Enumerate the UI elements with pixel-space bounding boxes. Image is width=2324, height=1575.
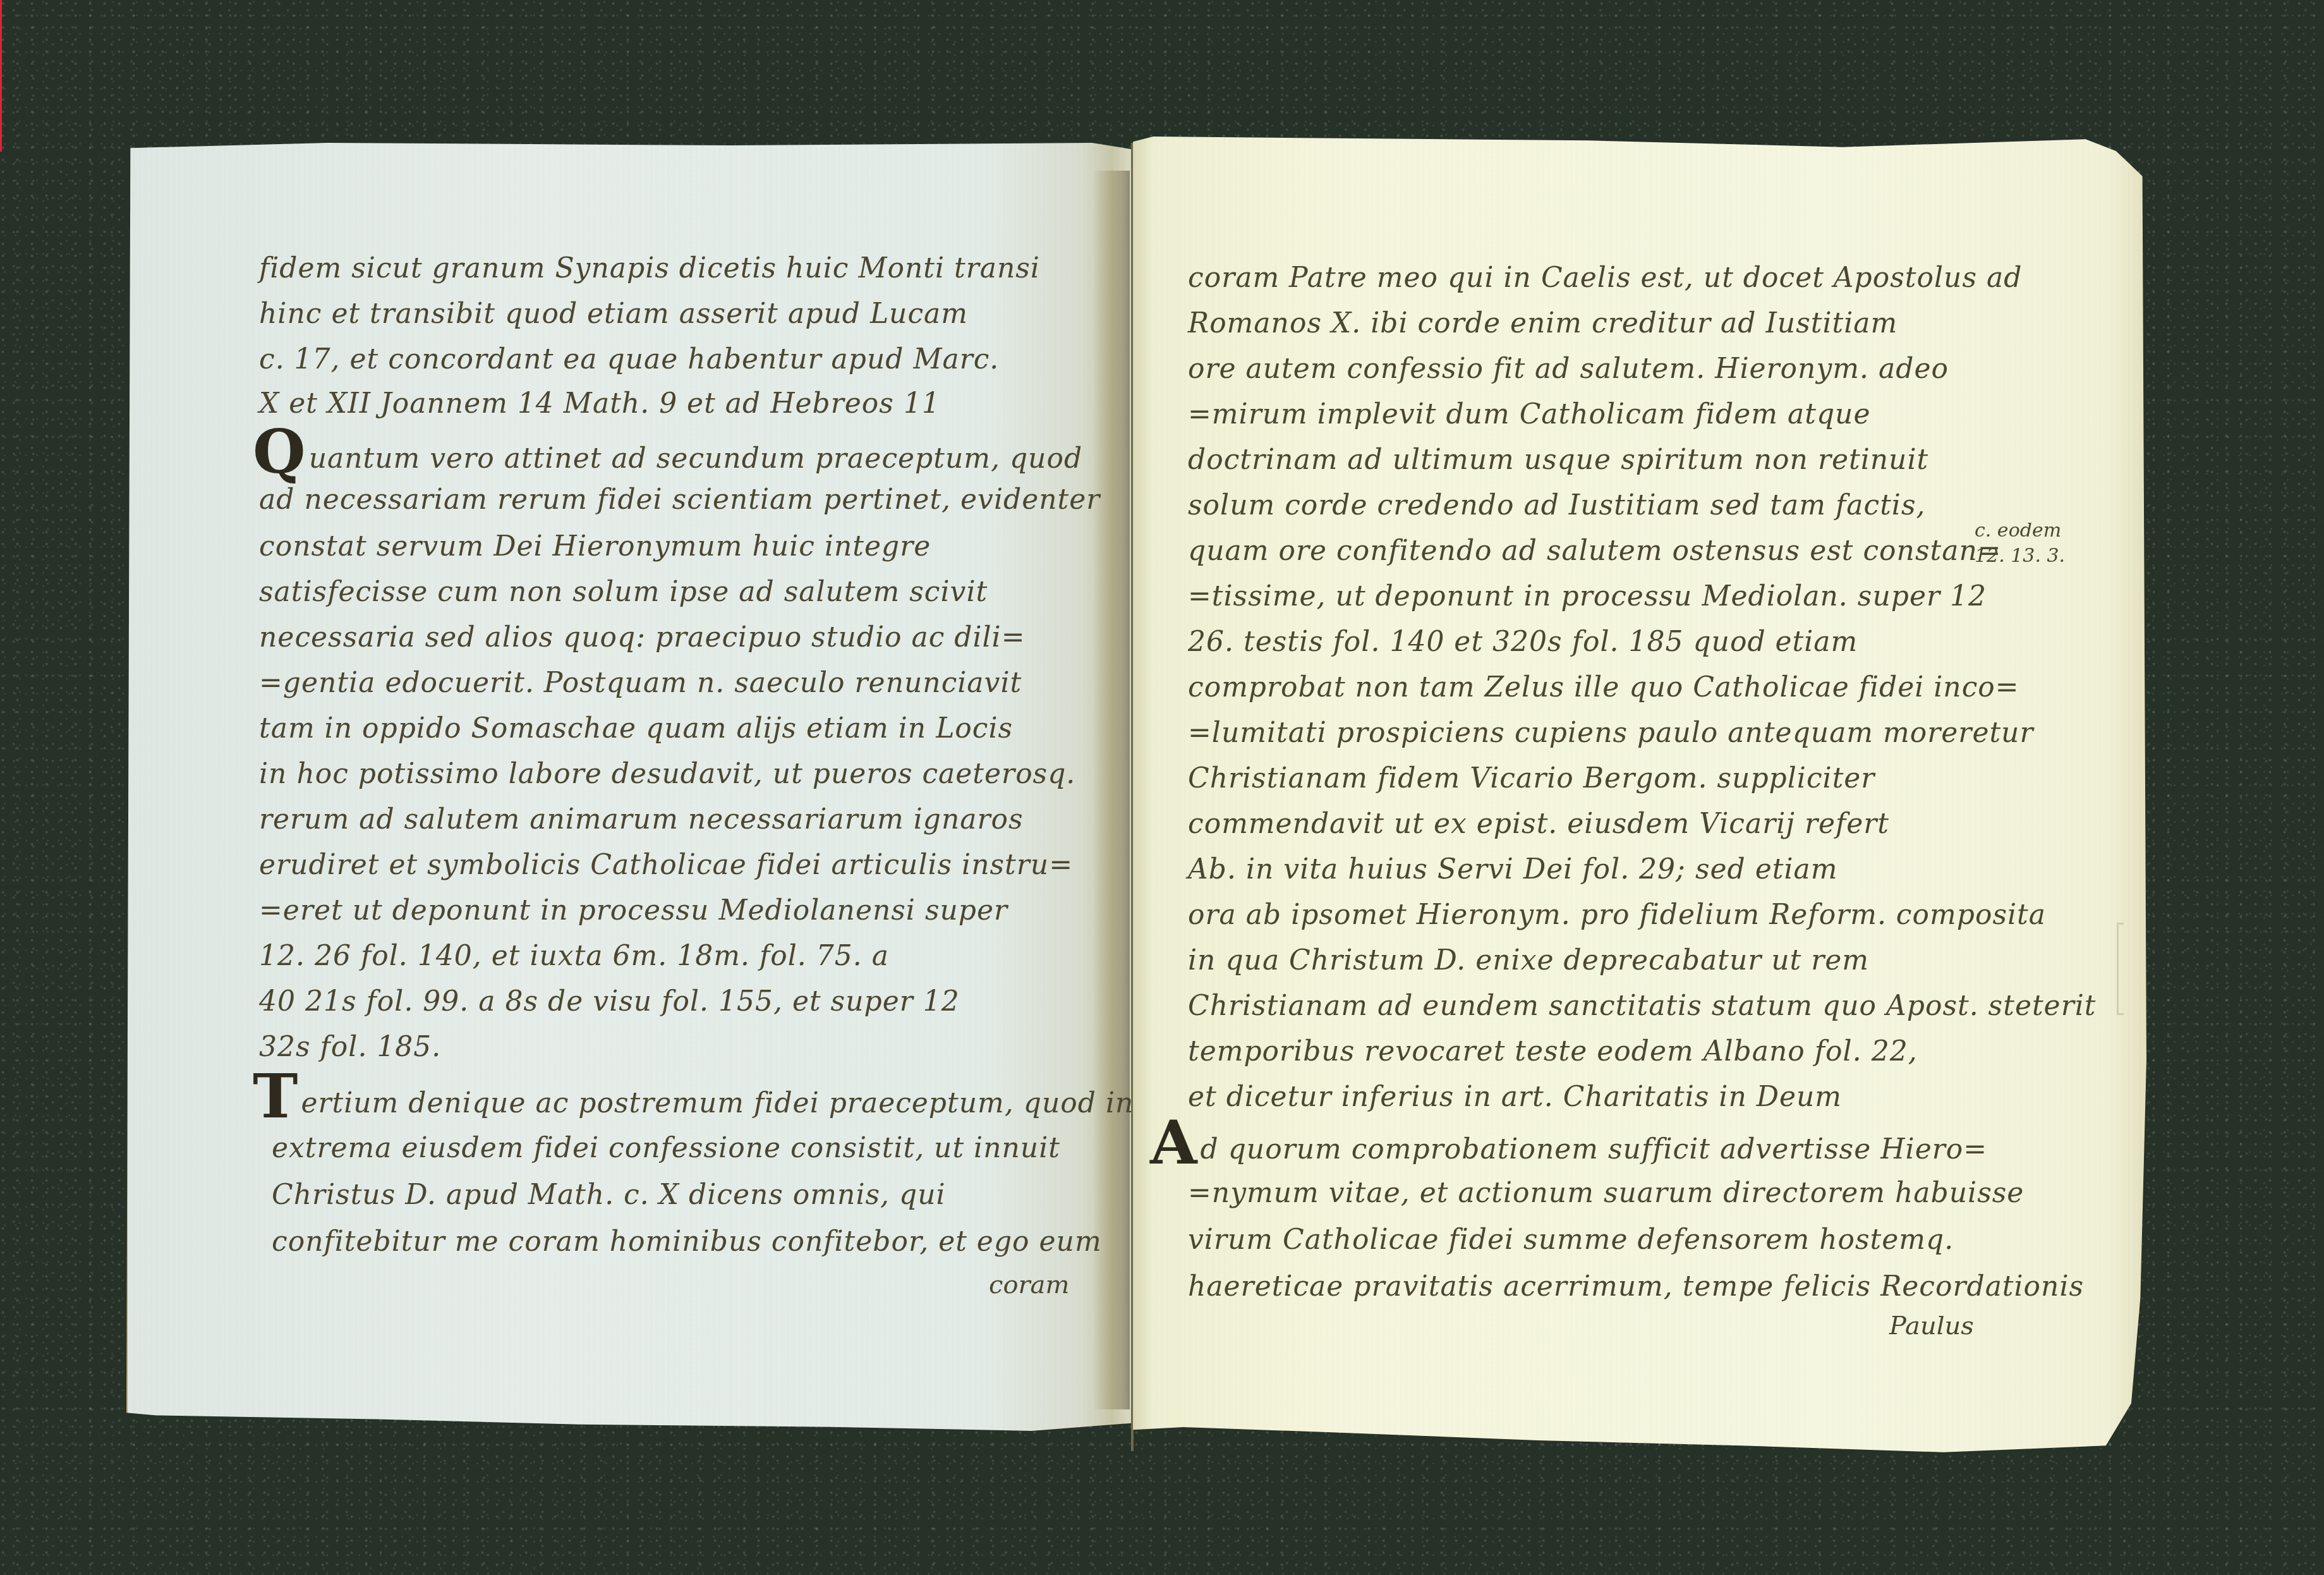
marginal-note: c. eodem 12. 13. 3. [1975, 518, 2065, 569]
left-line-4: X et XII Joannem 14 Math. 9 et ad Hebreo… [259, 385, 940, 423]
right-line-16: in qua Christum D. enixe deprecabatur ut… [1188, 942, 1869, 980]
left-line-6: ad necessariam rerum fidei scientiam per… [259, 481, 1100, 519]
left-paragraph-quantum: Quantum vero attinet ad secundum praecep… [253, 433, 1082, 471]
left-line-8: satisfecisse cum non solum ipse ad salut… [259, 573, 988, 611]
right-line-17: Christianam ad eundem sanctitatis statum… [1188, 987, 2096, 1025]
left-line-11: tam in oppido Somaschae quam alijs etiam… [259, 710, 1013, 748]
right-page-text: coram Patre meo qui in Caelis est, ut do… [1188, 259, 2073, 1346]
right-line-4: =mirum implevit dum Catholicam fidem atq… [1188, 396, 1871, 434]
right-line-6: solum corde credendo ad Iustitiam sed ta… [1188, 487, 1925, 525]
left-line-13: rerum ad salutem animarum necessariarum … [259, 801, 1024, 839]
right-line-15: ora ab ipsomet Hieronym. pro fidelium Re… [1188, 896, 2046, 934]
right-p2-line-3: virum Catholicae fidei summe defensorem … [1188, 1221, 1954, 1259]
left-line-12: in hoc potissimo labore desudavit, ut pu… [259, 755, 1075, 793]
drop-cap-a: A [1150, 1124, 1197, 1162]
ink-bleed-through-mark [2117, 923, 2124, 1015]
scan-edge-mark [0, 0, 2, 152]
right-line-11: =lumitati prospiciens cupiens paulo ante… [1188, 714, 2034, 752]
left-line-16: 12. 26 fol. 140, et iuxta 6m. 18m. fol. … [259, 937, 889, 975]
right-p2-line-4: haereticae pravitatis acerrimum, tempe f… [1188, 1268, 2084, 1306]
right-p2-line-2: =nymum vitae, et actionum suarum directo… [1188, 1174, 2024, 1212]
right-line-1: coram Patre meo qui in Caelis est, ut do… [1188, 259, 2022, 297]
right-line-14: Ab. in vita huius Servi Dei fol. 29; sed… [1188, 851, 1837, 889]
left-line-2: hinc et transibit quod etiam asserit apu… [259, 295, 968, 333]
left-p3-line-1: ertium denique ac postremum fidei praece… [301, 1087, 1134, 1119]
left-line-14: erudiret et symbolicis Catholicae fidei … [259, 846, 1073, 884]
left-line-3: c. 17, et concordant ea quae habentur ap… [259, 341, 999, 379]
drop-cap-q: Q [253, 433, 306, 471]
right-paragraph-ad-quorum: Ad quorum comprobationem sufficit advert… [1150, 1124, 1987, 1162]
left-page-text: fidem sicut granum Synapis dicetis huic … [259, 250, 1106, 1324]
right-line-5: doctrinam ad ultimum usque spiritum non … [1188, 441, 1928, 479]
drop-cap-t: T [253, 1078, 298, 1116]
marginal-note-line-1: c. eodem [1975, 518, 2065, 544]
left-line-1: fidem sicut granum Synapis dicetis huic … [259, 250, 1040, 288]
right-line-2: Romanos X. ibi corde enim creditur ad Iu… [1188, 305, 1897, 343]
right-line-3: ore autem confessio fit ad salutem. Hier… [1188, 350, 1949, 388]
right-p2-line-1: d quorum comprobationem sufficit adverti… [1200, 1133, 1987, 1165]
left-line-9: necessaria sed alios quoq: praecipuo stu… [259, 619, 1026, 657]
right-line-9: 26. testis fol. 140 et 320s fol. 185 quo… [1188, 623, 1858, 661]
left-paragraph-tertium: Tertium denique ac postremum fidei praec… [253, 1078, 1134, 1116]
left-p3-line-2: extrema eiusdem fidei confessione consis… [272, 1129, 1060, 1167]
left-catchword: coram [989, 1270, 1069, 1299]
right-catchword: Paulus [1889, 1311, 1974, 1341]
left-p3-line-3: Christus D. apud Math. c. X dicens omnis… [272, 1176, 946, 1214]
right-line-10: comprobat non tam Zelus ille quo Catholi… [1188, 669, 2019, 707]
left-line-5: uantum vero attinet ad secundum praecept… [309, 442, 1082, 475]
right-line-8: =tissime, ut deponunt in processu Mediol… [1188, 578, 1987, 616]
left-line-15: =eret ut deponunt in processu Mediolanen… [259, 892, 1008, 930]
left-line-10: =gentia edocuerit. Postquam n. saeculo r… [259, 664, 1022, 702]
left-line-7: constat servum Dei Hieronymum huic integ… [259, 528, 931, 566]
left-line-17: 40 21s fol. 99. a 8s de visu fol. 155, e… [259, 983, 960, 1021]
right-line-7: quam ore confitendo ad salutem ostensus … [1188, 532, 2002, 570]
marginal-note-line-2: 12. 13. 3. [1975, 544, 2065, 569]
left-p3-line-4: confitebitur me coram hominibus confiteb… [272, 1223, 1102, 1261]
right-line-12: Christianam fidem Vicario Bergom. suppli… [1188, 760, 1875, 798]
right-line-18: temporibus revocaret teste eodem Albano … [1188, 1033, 1918, 1071]
right-line-19: et dicetur inferius in art. Charitatis i… [1188, 1078, 1842, 1116]
right-line-13: commendavit ut ex epist. eiusdem Vicarij… [1188, 805, 1889, 843]
